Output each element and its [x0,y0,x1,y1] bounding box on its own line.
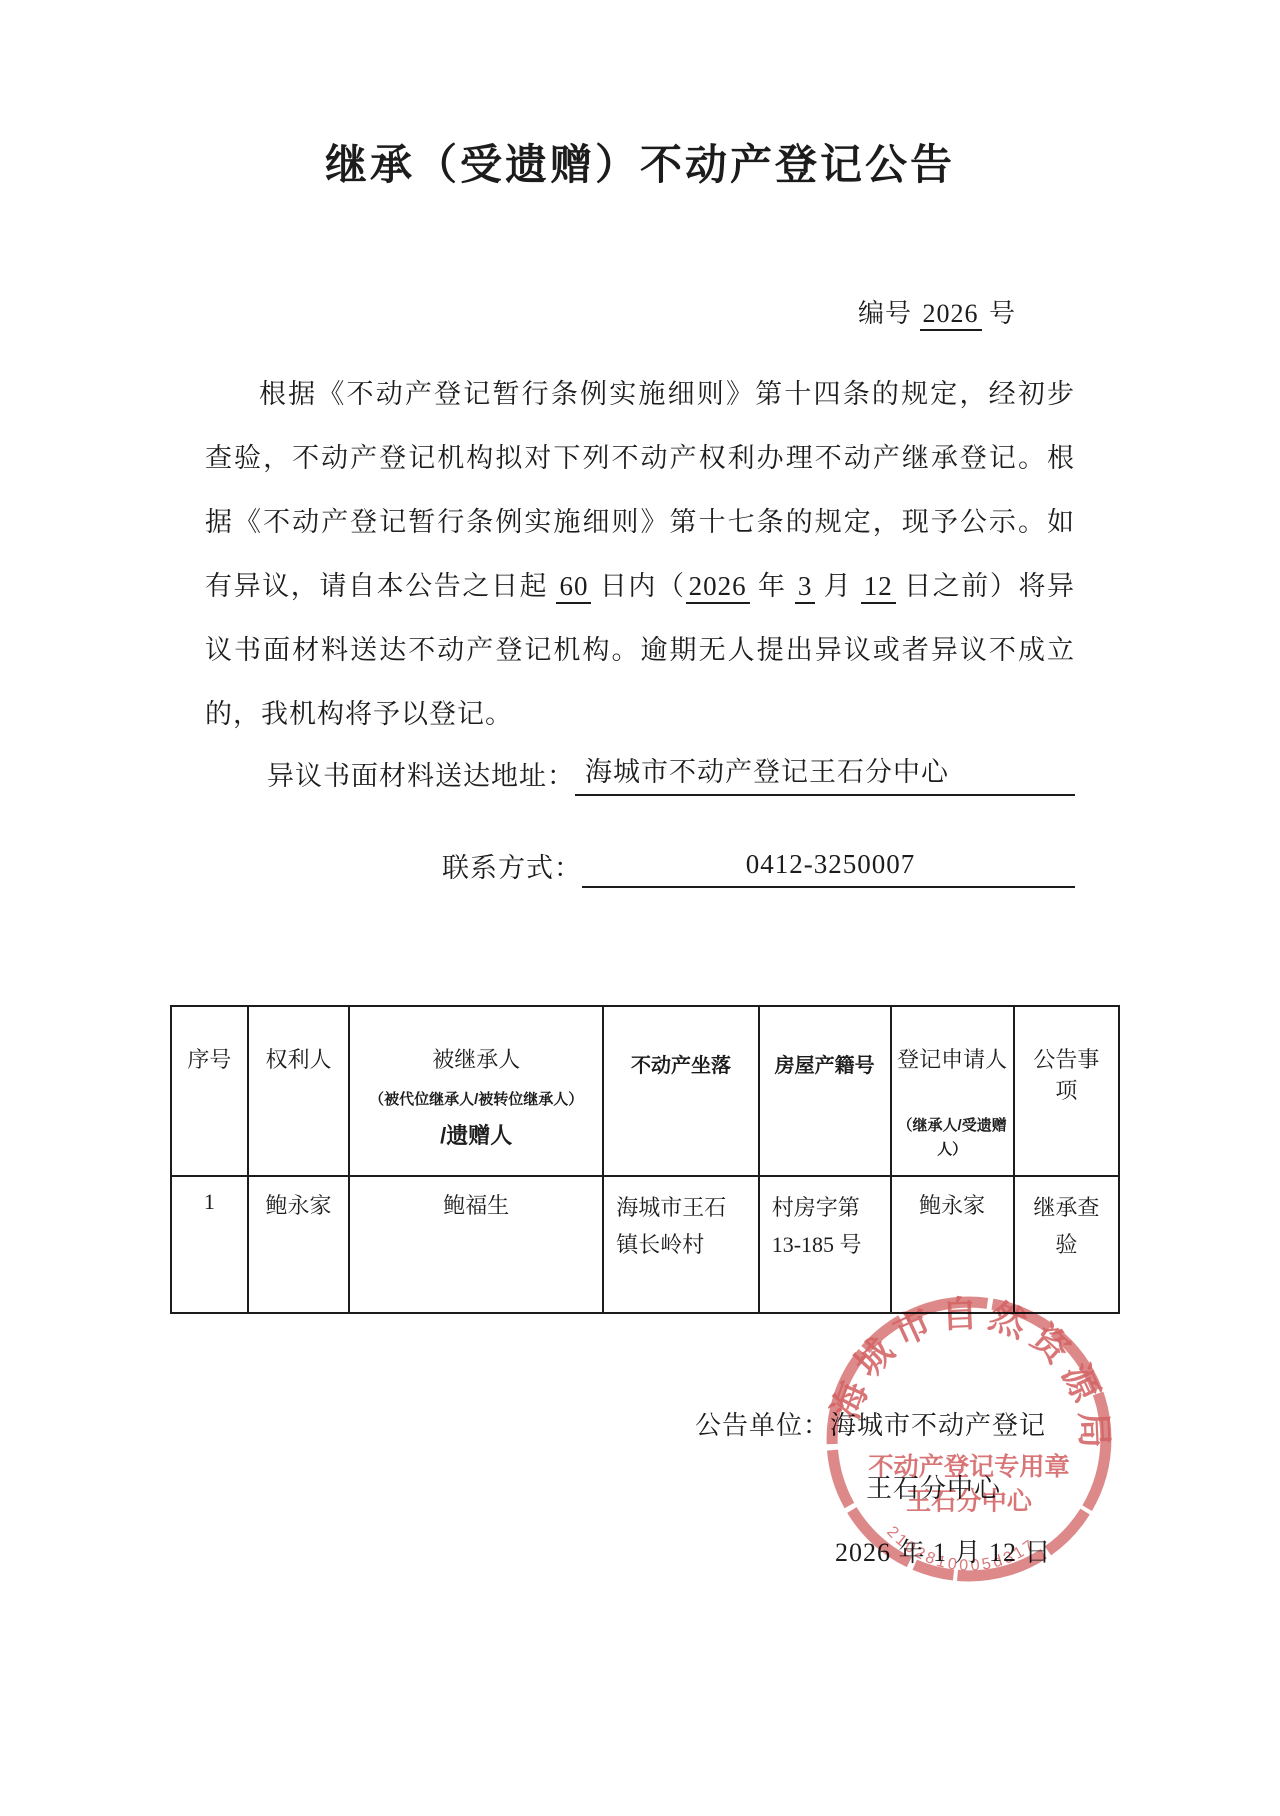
table-header-property-location: 不动产坐落 [603,1006,758,1176]
seal-center-text-1: 不动产登记专用章 [868,1452,1069,1481]
cell-index: 1 [171,1176,248,1313]
header-label: 不动产坐落 [604,1049,757,1078]
header-label: 序号 [172,1043,247,1074]
header-label: 房屋产籍号 [760,1049,890,1078]
document-page: 继承（受遗赠）不动产登记公告 编号 2026 号 根据《不动产登记暂行条例实施细… [0,0,1280,1816]
notice-body: 根据《不动产登记暂行条例实施细则》第十四条的规定，经初步 查验，不动产登记机构拟… [205,362,1075,746]
seal-arc-text: 海城市自然资源局 [825,1294,1114,1457]
publisher-label: 公告单位： [695,1411,830,1440]
table-header-row: 序号 权利人 被继承人 （被代位继承人/被转位继承人） /遗赠人 不动产坐落 房… [171,1006,1119,1176]
cell-property-location: 海城市王石镇长岭村 [603,1176,758,1313]
header-label: 被继承人 [350,1043,602,1074]
doc-number: 编号 2026 号 [858,293,1016,330]
address-line: 异议书面材料送达地址： 海城市不动产登记王石分中心 [205,752,1075,796]
registry-table: 序号 权利人 被继承人 （被代位继承人/被转位继承人） /遗赠人 不动产坐落 房… [170,1005,1120,1314]
deadline-year: 2026 [686,571,750,604]
body-line-3: 据《不动产登记暂行条例实施细则》第十七条的规定，现予公示。如 [205,490,1075,554]
table-header-index: 序号 [171,1006,248,1176]
address-label: 异议书面材料送达地址： [267,756,575,796]
header-sublabel: /遗赠人 [350,1119,602,1150]
address-value: 海城市不动产登记王石分中心 [575,752,1075,796]
header-sublabel: （继承人/受遗赠人） [892,1114,1013,1162]
contact-value: 0412-3250007 [582,844,1075,888]
body-line-6: 的，我机构将予以登记。 [205,682,1075,746]
cell-rights-holder: 鲍永家 [248,1176,349,1313]
table-header-rights-holder: 权利人 [248,1006,349,1176]
cell-decedent: 鲍福生 [349,1176,603,1313]
body-line-5: 议书面材料送达不动产登记机构。逾期无人提出异议或者异议不成立 [205,618,1075,682]
deadline-day: 12 [861,571,896,604]
table-header-decedent: 被继承人 （被代位继承人/被转位继承人） /遗赠人 [349,1006,603,1176]
seal-center-text-2: 王石分中心 [906,1486,1033,1515]
header-sublabel: （被代位继承人/被转位继承人） [350,1088,602,1109]
doc-number-suffix: 号 [982,299,1017,328]
body-text: 年 [750,571,795,601]
body-text: 有异议，请自本公告之日起 [205,571,556,601]
contact-line: 联系方式： 0412-3250007 [205,844,1075,888]
deadline-days: 60 [556,571,591,604]
header-label: 登记申请人 [892,1043,1013,1074]
official-seal: 海城市自然资源局 不动产登记专用章 王石分中心 2102810005d317 [818,1288,1120,1590]
doc-number-label: 编号 [858,299,920,328]
table-header-property-number: 房屋产籍号 [759,1006,891,1176]
table-header-notice-matter: 公告事项 [1014,1006,1119,1176]
body-line-2: 查验，不动产登记机构拟对下列不动产权利办理不动产继承登记。根 [205,426,1075,490]
header-label: 公告事项 [1015,1043,1118,1105]
notice-title: 继承（受遗赠）不动产登记公告 [0,132,1280,192]
body-line-4: 有异议，请自本公告之日起 60 日内（2026 年 3 月 12 日之前）将异 [205,554,1075,618]
header-label: 权利人 [249,1043,348,1074]
body-text: 月 [815,571,860,601]
deadline-month: 3 [795,571,816,604]
body-line-1: 根据《不动产登记暂行条例实施细则》第十四条的规定，经初步 [205,362,1075,426]
doc-number-value: 2026 [920,299,982,331]
contact-label: 联系方式： [442,848,582,888]
body-text: 日之前）将异 [896,571,1075,601]
table-header-applicant: 登记申请人 （继承人/受遗赠人） [891,1006,1014,1176]
body-text: 日内（ [591,571,685,601]
svg-text:海城市自然资源局: 海城市自然资源局 [825,1294,1114,1457]
